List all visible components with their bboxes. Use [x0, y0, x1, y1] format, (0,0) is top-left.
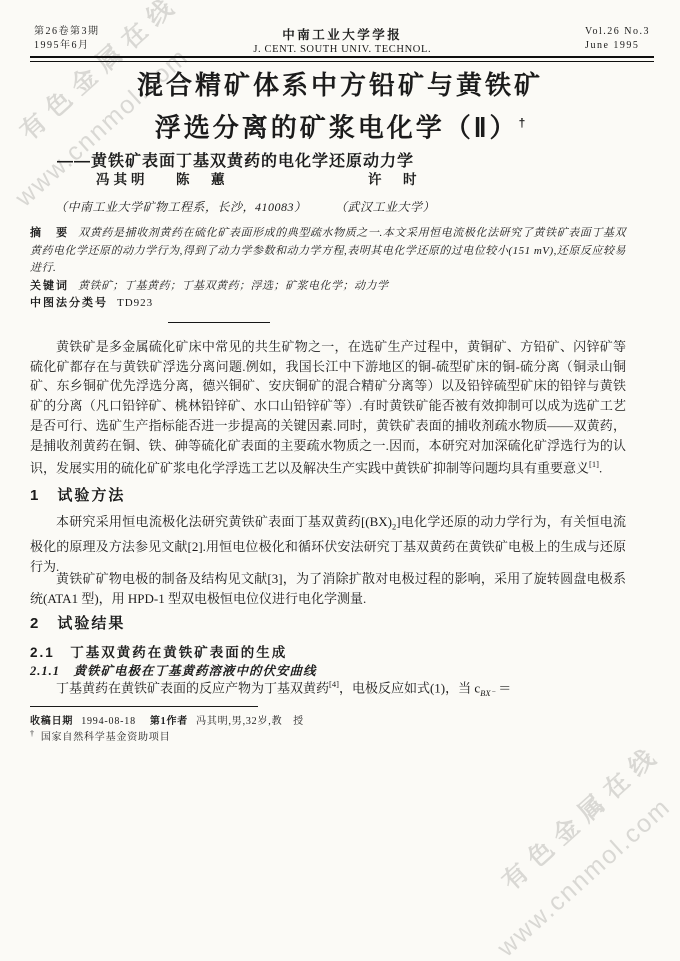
keywords-line: 关键词黄铁矿；丁基黄药；丁基双黄药；浮选；矿浆电化学；动力学: [30, 277, 626, 293]
article-title-line2: 浮选分离的矿浆电化学（Ⅱ）†: [0, 104, 680, 147]
first-author-info: 冯其明,男,32岁,教 授: [196, 716, 304, 727]
date-line-en: June 1995: [585, 39, 650, 53]
abstract-label: 摘 要: [30, 227, 69, 239]
intro-paragraph: 黄铁矿是多金属硫化矿床中常见的共生矿物之一，在选矿生产过程中，黄铜矿、方铅矿、闪…: [30, 337, 626, 478]
journal-header: 第26卷第3期 1995年6月 中南工业大学学报 J. CENT. SOUTH …: [34, 25, 650, 55]
scanned-journal-page: 有色金属在线 www.cnnmol.com 有色金属在线 www.cnnmol.…: [0, 0, 680, 961]
section-2-heading: 2 试验结果: [30, 612, 125, 633]
affiliation: （中南工业大学矿物工程系，长沙，410083）: [55, 198, 307, 215]
concentration-subscript: BX⁻: [480, 688, 495, 698]
author-name: 许 时: [368, 168, 421, 188]
footnote-received: 收稿日期1994-08-18第1作者冯其明,男,32岁,教 授: [30, 712, 304, 727]
journal-title-cn: 中南工业大学学报: [253, 25, 431, 43]
received-date: 1994-08-18: [81, 716, 136, 727]
affiliation: （武汉工业大学）: [335, 198, 435, 215]
dagger-mark: †: [30, 729, 35, 738]
author-name: 陈 蕙: [176, 168, 229, 188]
reference-mark: [4]: [329, 679, 339, 689]
clc-value: TD923: [117, 297, 153, 309]
abstract-separator-rule: [168, 322, 270, 323]
section-2-paragraph-1: 丁基黄药在黄铁矿表面的反应产物为丁基双黄药[4]，电极反应如式(1)，当 cBX…: [30, 675, 626, 704]
affiliation-row: （中南工业大学矿物工程系，长沙，410083） （武汉工业大学）: [0, 198, 680, 214]
received-label: 收稿日期: [30, 716, 73, 727]
clc-label: 中图法分类号: [30, 297, 108, 309]
article-title: 混合精矿体系中方铅矿与黄铁矿 浮选分离的矿浆电化学（Ⅱ）†: [0, 66, 680, 147]
author-row: 冯其明 陈 蕙 许 时: [0, 168, 680, 186]
journal-title-block: 中南工业大学学报 J. CENT. SOUTH UNIV. TECHNOL.: [253, 25, 431, 55]
section-1-paragraph-1: 本研究采用恒电流极化法研究黄铁矿表面丁基双黄药[(BX)2]电化学还原的动力学行…: [30, 512, 626, 577]
volume-issue-cn: 第26卷第3期 1995年6月: [34, 25, 100, 55]
author-name: 冯其明: [96, 168, 149, 188]
volume-line: 第26卷第3期: [34, 25, 100, 39]
article-title-line1: 混合精矿体系中方铅矿与黄铁矿: [0, 66, 680, 104]
footnote-fund: †国家自然科学基金资助项目: [30, 728, 170, 743]
clc-line: 中图法分类号TD923: [30, 294, 626, 310]
reference-mark: [1]: [589, 459, 599, 469]
date-line: 1995年6月: [34, 39, 100, 53]
abstract-text: 双黄药是捕收剂黄药在硫化矿表面形成的典型疏水物质之一.本文采用恒电流极化法研究了…: [30, 227, 626, 274]
section-1-heading: 1 试验方法: [30, 484, 125, 505]
volume-issue-en: Vol.26 No.3 June 1995: [585, 25, 650, 55]
section-1-paragraph-2: 黄铁矿矿物电极的制备及结构见文献[3]，为了消除扩散对电极过程的影响，采用了旋转…: [30, 569, 626, 608]
section-2-1-heading: 2.1 丁基双黄药在黄铁矿表面的生成: [30, 641, 287, 661]
first-author-label: 第1作者: [150, 716, 188, 727]
keywords-label: 关键词: [30, 280, 69, 292]
footnote-rule: [30, 706, 258, 707]
journal-title-en: J. CENT. SOUTH UNIV. TECHNOL.: [253, 44, 431, 55]
title-footnote-mark: †: [519, 116, 526, 130]
keywords-text: 黄铁矿；丁基黄药；丁基双黄药；浮选；矿浆电化学；动力学: [78, 280, 389, 292]
fund-text: 国家自然科学基金资助项目: [41, 732, 171, 743]
abstract-block: 摘 要双黄药是捕收剂黄药在硫化矿表面形成的典型疏水物质之一.本文采用恒电流极化法…: [30, 225, 626, 278]
volume-line-en: Vol.26 No.3: [585, 25, 650, 39]
header-double-rule: [30, 56, 654, 62]
